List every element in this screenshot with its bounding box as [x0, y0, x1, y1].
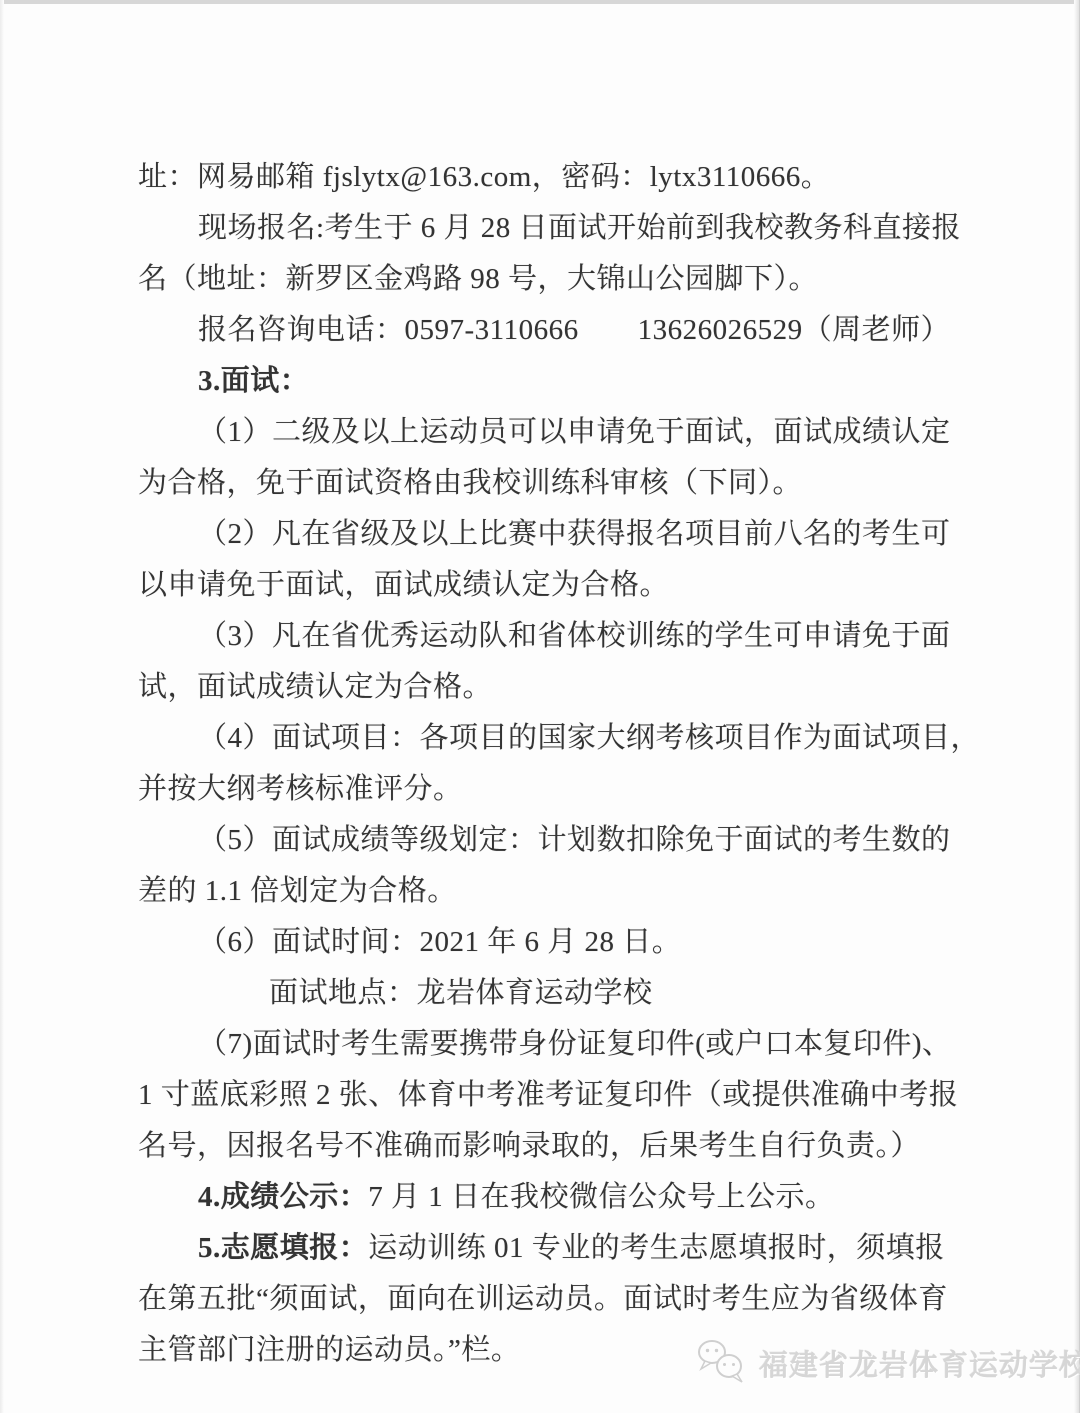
text-line-body: （6）面试时间：2021 年 6 月 28 日。: [198, 926, 681, 958]
text-line-bold-label: 5.志愿填报：: [198, 1232, 368, 1264]
text-line: 报名咨询电话：0597-3110666 13626026529（周老师）: [138, 305, 950, 356]
document-body: 址：网易邮箱 fjslytx@163.com，密码：lytx3110666。现场…: [138, 152, 950, 1376]
text-line-body: 在第五批“须面试，面向在训运动员。面试时考生应为省级体育: [138, 1283, 948, 1315]
text-line-body: 现场报名:考生于 6 月 28 日面试开始前到我校教务科直接报: [198, 212, 961, 244]
text-line: 5.志愿填报：运动训练 01 专业的考生志愿填报时，须填报: [138, 1223, 950, 1274]
text-line-body: 名号，因报名号不准确而影响录取的，后果考生自行负责。）: [138, 1130, 920, 1162]
text-line: 并按大纲考核标准评分。: [138, 764, 950, 815]
text-line: （4）面试项目：各项目的国家大纲考核项目作为面试项目，: [138, 713, 950, 764]
text-line-body: 名（地址：新罗区金鸡路 98 号，大锦山公园脚下）。: [138, 263, 818, 295]
text-line-body: 运动训练 01 专业的考生志愿填报时，须填报: [368, 1232, 945, 1264]
text-line: 1 寸蓝底彩照 2 张、体育中考准考证复印件（或提供准确中考报: [138, 1070, 950, 1121]
text-line: 为合格，免于面试资格由我校训练科审核（下同）。: [138, 458, 950, 509]
text-line-body: 以申请免于面试，面试成绩认定为合格。: [138, 569, 669, 601]
text-line: 以申请免于面试，面试成绩认定为合格。: [138, 560, 950, 611]
text-line: 4.成绩公示：7 月 1 日在我校微信公众号上公示。: [138, 1172, 950, 1223]
text-line: 现场报名:考生于 6 月 28 日面试开始前到我校教务科直接报: [138, 203, 950, 254]
text-line: （6）面试时间：2021 年 6 月 28 日。: [138, 917, 950, 968]
watermark-text: 福建省龙岩体育运动学校: [759, 1343, 1080, 1384]
text-line-body: 址：网易邮箱 fjslytx@163.com，密码：lytx3110666。: [138, 161, 830, 193]
text-line: （2）凡在省级及以上比赛中获得报名项目前八名的考生可: [138, 509, 950, 560]
text-line: 面试地点：龙岩体育运动学校: [138, 968, 950, 1019]
wechat-icon: [696, 1338, 750, 1388]
text-line-body: 面试地点：龙岩体育运动学校: [269, 977, 653, 1009]
text-line: 3.面试：: [138, 356, 950, 407]
text-line: 址：网易邮箱 fjslytx@163.com，密码：lytx3110666。: [138, 152, 950, 203]
text-line: （1）二级及以上运动员可以申请免于面试，面试成绩认定: [138, 407, 950, 458]
text-line: 在第五批“须面试，面向在训运动员。面试时考生应为省级体育: [138, 1274, 950, 1325]
text-line: （3）凡在省优秀运动队和省体校训练的学生可申请免于面: [138, 611, 950, 662]
scan-right-edge: [1074, 0, 1080, 1413]
text-line-body: 报名咨询电话：0597-3110666 13626026529（周老师）: [198, 314, 950, 346]
scan-top-edge: [0, 0, 1080, 4]
text-line: 名（地址：新罗区金鸡路 98 号，大锦山公园脚下）。: [138, 254, 950, 305]
text-line: 试，面试成绩认定为合格。: [138, 662, 950, 713]
text-line: 名号，因报名号不准确而影响录取的，后果考生自行负责。）: [138, 1121, 950, 1172]
watermark: 福建省龙岩体育运动学校: [696, 1338, 1080, 1388]
text-line-body: 7 月 1 日在我校微信公众号上公示。: [368, 1181, 834, 1213]
text-line-body: 试，面试成绩认定为合格。: [138, 671, 492, 703]
text-line-bold-label: 4.成绩公示：: [198, 1181, 368, 1213]
text-line-body: 差的 1.1 倍划定为合格。: [138, 875, 457, 907]
text-line: （5）面试成绩等级划定：计划数扣除免于面试的考生数的: [138, 815, 950, 866]
text-line-body: （5）面试成绩等级划定：计划数扣除免于面试的考生数的: [198, 824, 951, 856]
text-line-body: （2）凡在省级及以上比赛中获得报名项目前八名的考生可: [198, 518, 951, 550]
text-line-body: （7)面试时考生需要携带身份证复印件(或户口本复印件)、: [198, 1028, 951, 1060]
text-line-body: （4）面试项目：各项目的国家大纲考核项目作为面试项目，: [198, 722, 980, 754]
text-line-body: （1）二级及以上运动员可以申请免于面试，面试成绩认定: [198, 416, 951, 448]
text-line-body: （3）凡在省优秀运动队和省体校训练的学生可申请免于面: [198, 620, 951, 652]
scan-left-edge: [0, 0, 4, 1413]
text-line: （7)面试时考生需要携带身份证复印件(或户口本复印件)、: [138, 1019, 950, 1070]
text-line: 差的 1.1 倍划定为合格。: [138, 866, 950, 917]
text-line-body: 并按大纲考核标准评分。: [138, 773, 463, 805]
text-line-body: 主管部门注册的运动员。”栏。: [138, 1334, 520, 1366]
text-line-bold-label: 3.面试：: [198, 365, 309, 397]
text-line-body: 1 寸蓝底彩照 2 张、体育中考准考证复印件（或提供准确中考报: [138, 1079, 958, 1111]
text-line-body: 为合格，免于面试资格由我校训练科审核（下同）。: [138, 467, 802, 499]
